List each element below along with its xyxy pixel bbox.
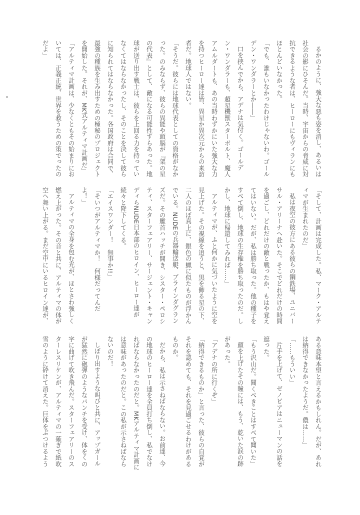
dialogue-line: 「アルティマ計画は、少なくともその始まりにおいては、正義正統、世界を救うための策…: [38, 40, 77, 178]
paragraph-continued: ある意味本望と言えるかもしれん。だが、あれは納得できなかったようだ。儂は……」: [298, 336, 324, 472]
dialogue-line: 「そして、計画は完成した。私、マーク・アルティマが生まれたのだ」: [298, 187, 324, 325]
paragraph: 口を挟んでから、アデナは気付く。ゴールデン・ワンダラーも、超星機獣スターボルト、…: [181, 40, 246, 178]
paragraph: 片手を上げて、ゼノビアはニューマンの話を遮った。: [259, 336, 285, 472]
document-page: るかのように、強大な悪も姿を消し、あるいは社会の影にひそんだ。当時、宇宙からの脅…: [0, 0, 360, 515]
paragraph: しぼり出すような叫びと共に、アップガールが猛然に砲弾のようなパンチを受け、体をく…: [38, 336, 103, 472]
dialogue-line: 「エイスワンダー！ 無事か!!」: [103, 187, 116, 325]
paragraph: るかのように、強大な悪も姿を消し、あるいは社会の影にひそんだ。当時、宇宙からの脅…: [272, 40, 324, 178]
dialogue-line: 「もう沢山だ。聞くべきことはすべて聞いた」: [246, 336, 259, 472]
paragraph: アルティマの全身を包む光が、ほとさわ強しく燃え上がった。その音と共に、アルティマ…: [38, 187, 77, 325]
text-tier-bottom: ある意味本望と言えるかもしれん。だが、あれは納得できなかったようだ。儂は……」 …: [38, 336, 324, 472]
paragraph: だから、私は示さねばならない。お前達、今の地球のヒーロー達を全員打ち倒し、私でな…: [103, 336, 168, 472]
paragraph: 顔を上げたその瞳には、もう、乾いた涙の跡があった。: [220, 336, 246, 472]
paragraph: アルティマが、ふと何かに気づいたように空を見上げた。その視線を追うと、黒を飾る星…: [116, 187, 220, 325]
dialogue-line: 「納得できるものか」と言った、彼らの自覚がそれを認めても、それを見過ごせるわけが…: [168, 336, 207, 472]
dialogue-line: 「……もういい」: [285, 336, 298, 472]
text-tier-top: るかのように、強大な悪も姿を消し、あるいは社会の影にひそんだ。当時、宇宙からの脅…: [38, 40, 324, 178]
margin-dot-mark: [6, 96, 8, 98]
paragraph: 私は夜空の彼方にある彼らの鋼鉄場、ユニバーサル・アリーナへ赴いた。そこでどれだけ…: [220, 187, 298, 325]
dialogue-line: 「そいつがアルティマか！ 何様だってんだよ！」: [77, 187, 103, 325]
dialogue-line: 「そうだ。彼らには地球代表としての資格がなかった。のみならず、彼らの異能や頭脳が…: [77, 40, 181, 178]
text-tier-middle: 「そして、計画は完成した。私、マーク・アルティマが生まれたのだ」 私は夜空の彼方…: [38, 187, 324, 325]
dialogue-line: 「アデナの所に行くぞ」: [207, 336, 220, 472]
dialogue-line: 「でも、誰もいなかったわけじゃないわ。ゴールデン・ワンダラーとか――」: [246, 40, 272, 178]
